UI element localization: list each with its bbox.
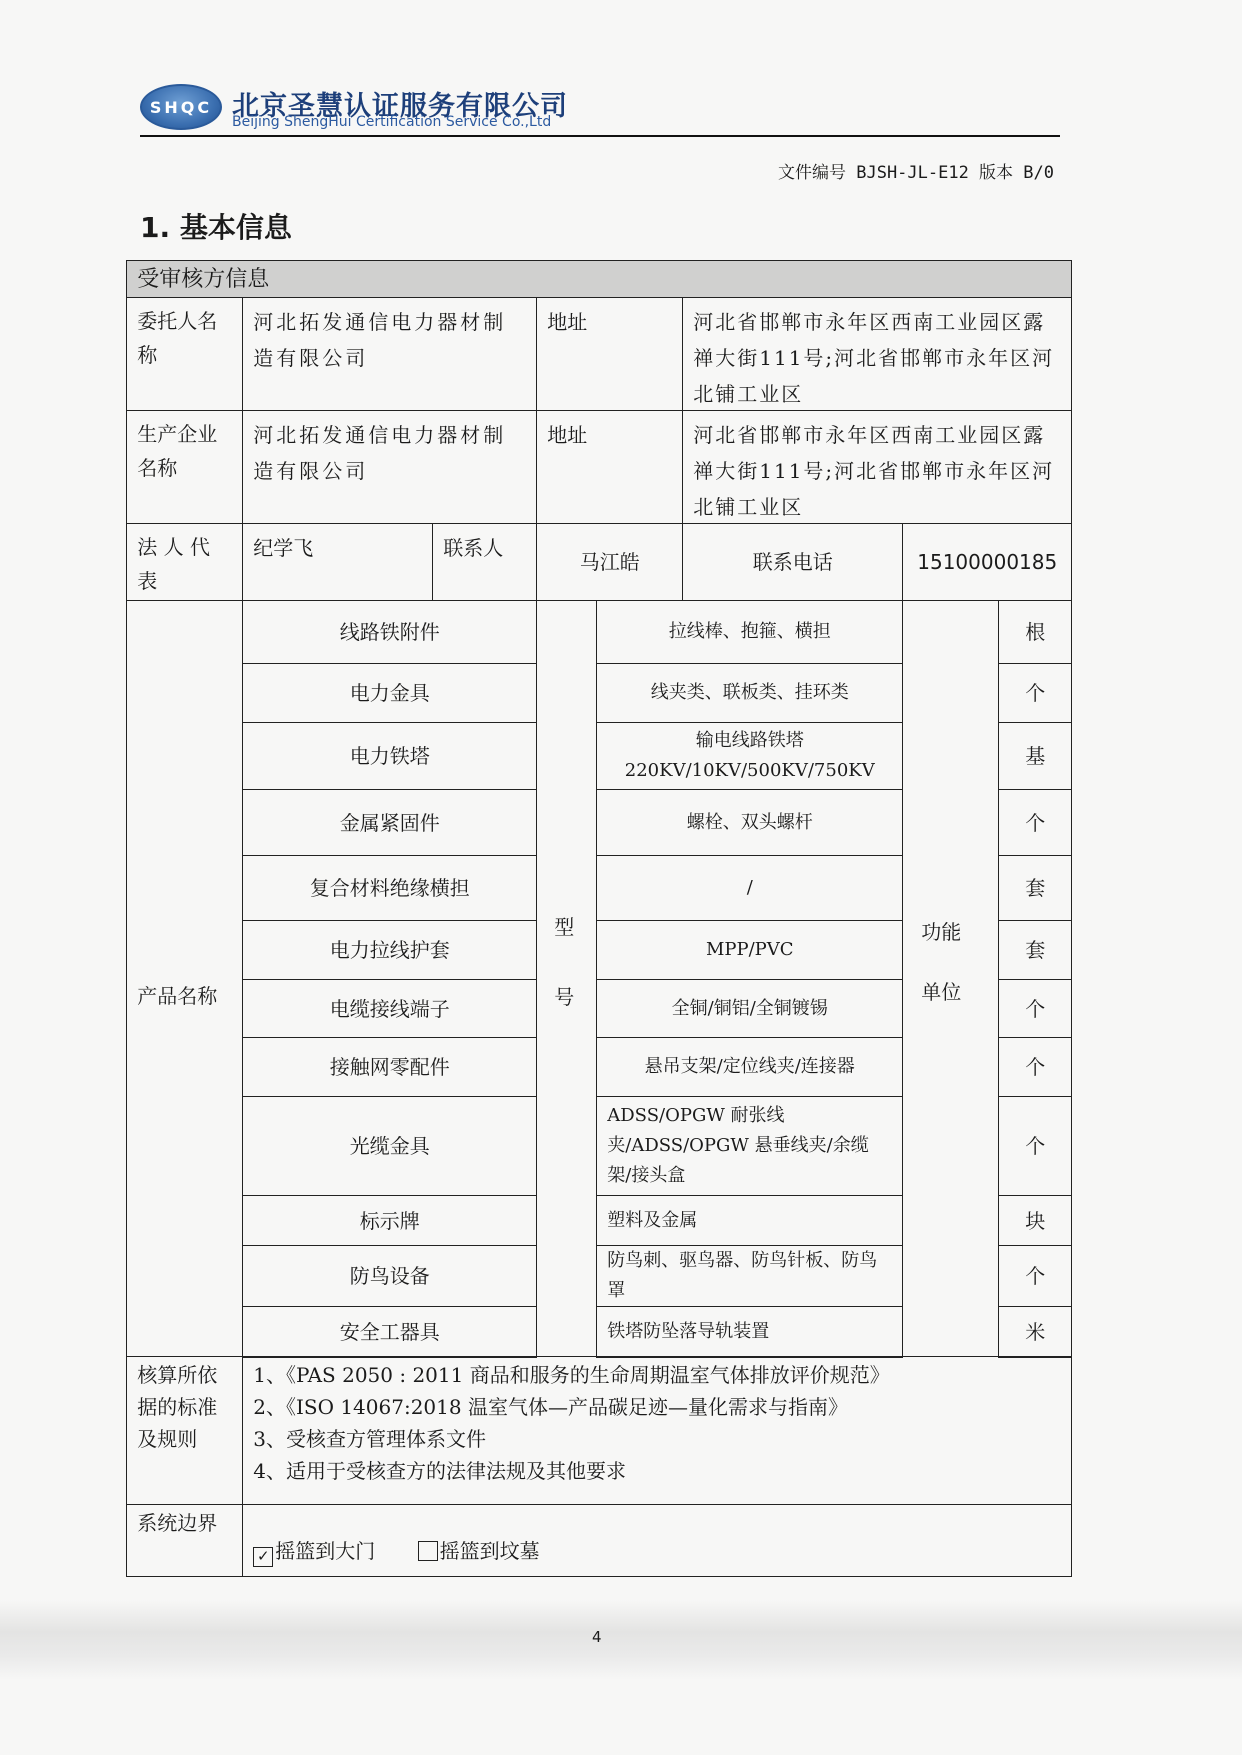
model-label-bottom: 号 — [554, 979, 574, 1015]
func-unit-label-1: 功能 — [921, 914, 961, 950]
product-unit: 个 — [998, 1037, 1072, 1097]
product-name: 复合材料绝缘横担 — [242, 855, 537, 921]
table-header: 受审核方信息 — [126, 260, 1072, 298]
model-label-cell: 型 号 — [536, 600, 597, 1357]
shqc-logo: SHQC — [140, 84, 222, 130]
product-name: 电力拉线护套 — [242, 920, 537, 980]
logo-text: SHQC — [150, 98, 212, 117]
boundary-options: ✓摇篮到大门 摇篮到坟墓 — [242, 1504, 1072, 1577]
product-model: 线夹类、联板类、挂环类 — [596, 663, 903, 723]
standard-item: 2、《ISO 14067:2018 温室气体—产品碳足迹—量化需求与指南》 — [253, 1391, 1061, 1423]
func-unit-label-2: 单位 — [921, 974, 961, 1010]
checkbox-unchecked[interactable] — [418, 1541, 438, 1561]
product-unit: 米 — [998, 1306, 1072, 1358]
product-unit: 个 — [998, 663, 1072, 723]
contact-name: 马江皓 — [536, 523, 683, 601]
phone-label: 联系电话 — [682, 523, 903, 601]
product-name: 金属紧固件 — [242, 789, 537, 856]
product-unit: 个 — [998, 1096, 1072, 1196]
client-label: 委托人名称 — [126, 297, 243, 411]
producer-name: 河北拓发通信电力器材制造有限公司 — [242, 410, 537, 524]
standards-label: 核算所依据的标准及规则 — [126, 1356, 243, 1505]
func-unit-label-cell: 功能 单位 — [902, 600, 999, 1357]
standard-item: 4、适用于受核查方的法律法规及其他要求 — [253, 1455, 1061, 1487]
client-address-label: 地址 — [536, 297, 683, 411]
product-name: 防鸟设备 — [242, 1245, 537, 1307]
product-unit: 基 — [998, 722, 1072, 790]
product-model: 防鸟刺、驱鸟器、防鸟针板、防鸟罩 — [596, 1245, 903, 1307]
company-name-en: Beijing ShengHui Certification Service C… — [232, 114, 551, 130]
boundary-option-cradle-to-gate[interactable]: ✓摇篮到大门 — [253, 1539, 375, 1563]
product-name: 光缆金具 — [242, 1096, 537, 1196]
boundary-label: 系统边界 — [126, 1504, 243, 1577]
product-model: 铁塔防坠落导轨装置 — [596, 1306, 903, 1358]
option-label: 摇篮到大门 — [275, 1539, 375, 1563]
product-model: ADSS/OPGW 耐张线夹/ADSS/OPGW 悬垂线夹/余缆架/接头盒 — [596, 1096, 903, 1196]
product-name: 电缆接线端子 — [242, 979, 537, 1038]
product-unit: 根 — [998, 600, 1072, 664]
product-model: 塑料及金属 — [596, 1195, 903, 1246]
scan-shadow — [0, 1600, 1242, 1680]
client-name: 河北拓发通信电力器材制造有限公司 — [242, 297, 537, 411]
product-model: 螺栓、双头螺杆 — [596, 789, 903, 856]
product-model: MPP/PVC — [596, 920, 903, 980]
product-name: 接触网零配件 — [242, 1037, 537, 1097]
product-unit: 个 — [998, 979, 1072, 1038]
product-model: 拉线棒、抱箍、横担 — [596, 600, 903, 664]
contact-label: 联系人 — [432, 523, 537, 601]
product-model: 悬吊支架/定位线夹/连接器 — [596, 1037, 903, 1097]
info-table: 受审核方信息 委托人名称 河北拓发通信电力器材制造有限公司 地址 河北省邯郸市永… — [127, 261, 1073, 1578]
option-label: 摇篮到坟墓 — [440, 1539, 540, 1563]
product-unit: 套 — [998, 855, 1072, 921]
product-unit: 块 — [998, 1195, 1072, 1246]
phone-value: 15100000185 — [902, 523, 1072, 601]
document-number: 文件编号 BJSH-JL-E12 版本 B/0 — [778, 158, 1054, 183]
standard-item: 1、《PAS 2050 : 2011 商品和服务的生命周期温室气体排放评价规范》 — [253, 1359, 1061, 1391]
product-unit: 个 — [998, 1245, 1072, 1307]
product-name: 标示牌 — [242, 1195, 537, 1246]
legal-rep-label: 法 人 代 表 — [126, 523, 243, 601]
checkbox-checked[interactable]: ✓ — [253, 1547, 273, 1567]
producer-address-label: 地址 — [536, 410, 683, 524]
product-model: 输电线路铁塔 220KV/10KV/500KV/750KV — [596, 722, 903, 790]
model-label-top: 型 — [554, 909, 574, 945]
header-rule — [140, 135, 1060, 137]
standards-list: 1、《PAS 2050 : 2011 商品和服务的生命周期温室气体排放评价规范》… — [242, 1356, 1072, 1505]
product-unit: 个 — [998, 789, 1072, 856]
product-name: 电力金具 — [242, 663, 537, 723]
standard-item: 3、受核查方管理体系文件 — [253, 1423, 1061, 1455]
products-label: 产品名称 — [126, 600, 243, 1357]
producer-label: 生产企业名称 — [126, 410, 243, 524]
product-name: 电力铁塔 — [242, 722, 537, 790]
legal-rep-name: 纪学飞 — [242, 523, 433, 601]
boundary-option-cradle-to-grave[interactable]: 摇篮到坟墓 — [418, 1539, 540, 1563]
section-title: 1. 基本信息 — [140, 206, 292, 246]
product-unit: 套 — [998, 920, 1072, 980]
page-number: 4 — [592, 1628, 602, 1646]
product-name: 线路铁附件 — [242, 600, 537, 664]
product-model: 全铜/铜铝/全铜镀锡 — [596, 979, 903, 1038]
products-label-text: 产品名称 — [137, 979, 217, 1013]
producer-address: 河北省邯郸市永年区西南工业园区露禅大街111号;河北省邯郸市永年区河北铺工业区 — [682, 410, 1072, 524]
product-name: 安全工器具 — [242, 1306, 537, 1358]
product-model: / — [596, 855, 903, 921]
client-address: 河北省邯郸市永年区西南工业园区露禅大街111号;河北省邯郸市永年区河北铺工业区 — [682, 297, 1072, 411]
